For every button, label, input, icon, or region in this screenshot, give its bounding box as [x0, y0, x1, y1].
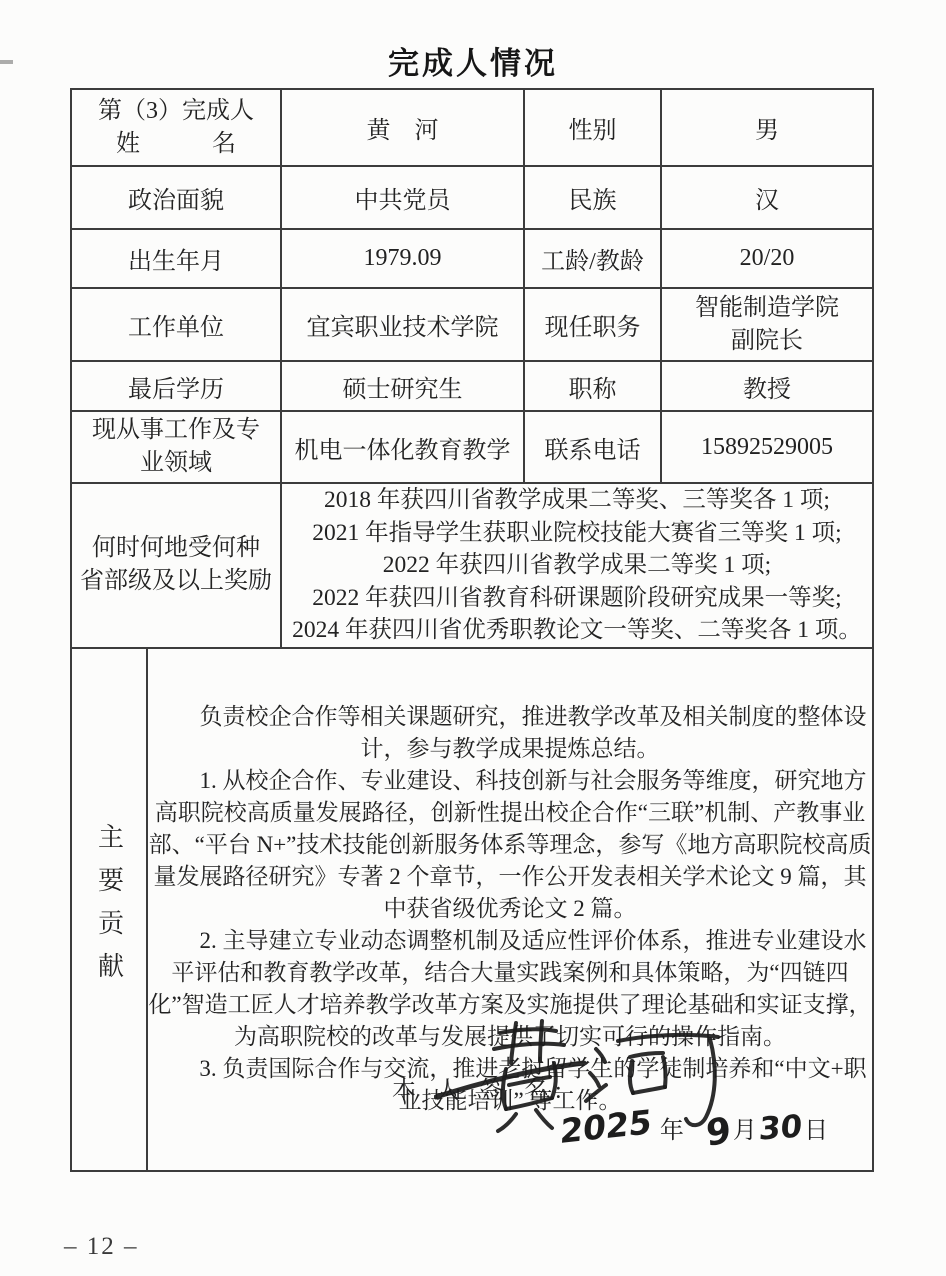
field-education-label: 最后学历 [71, 361, 281, 411]
table-row: 最后学历 硕士研究生 职称 教授 [71, 361, 873, 411]
field-phone-value: 15892529005 [661, 411, 873, 483]
signature-date-year: 2025 [559, 1101, 653, 1150]
field-seniority-value: 20/20 [661, 229, 873, 288]
signature-date-day: 30 [758, 1108, 804, 1147]
signature-date-month: 9 [705, 1109, 732, 1154]
field-birthdate-value: 1979.09 [281, 229, 524, 288]
document-page: 完成人情况 第（3）完成人 姓 名 黄 河 性别 男 政治面貌 中共党员 民族 … [0, 0, 946, 1276]
field-ethnicity-value: 汉 [661, 166, 873, 229]
page-title: 完成人情况 [0, 38, 946, 83]
field-awards-label: 何时何地受何种 省部级及以上奖励 [71, 483, 281, 648]
field-phone-label: 联系电话 [524, 411, 661, 483]
field-gender-label: 性别 [524, 89, 661, 166]
field-position-value: 智能制造学院 副院长 [661, 288, 873, 361]
field-position-label: 现任职务 [524, 288, 661, 361]
table-row: 工作单位 宜宾职业技术学院 现任职务 智能制造学院 副院长 [71, 288, 873, 361]
table-row: 出生年月 1979.09 工龄/教龄 20/20 [71, 229, 873, 288]
field-gender-value: 男 [661, 89, 873, 166]
field-education-value: 硕士研究生 [281, 361, 524, 411]
field-work-area-value: 机电一体化教育教学 [281, 411, 524, 483]
award-line: 2022 年获四川省教育科研课题阶段研究成果一等奖; [282, 582, 872, 615]
contribution-row: 主要贡献 负责校企合作等相关课题研究，推进教学改革及相关制度的整体设计，参与教学… [71, 648, 873, 1171]
field-awards-value: 2018 年获四川省教学成果二等奖、三等奖各 1 项; 2021 年指导学生获职… [281, 483, 873, 648]
table-row: 政治面貌 中共党员 民族 汉 [71, 166, 873, 229]
field-contribution-value: 负责校企合作等相关课题研究，推进教学改革及相关制度的整体设计，参与教学成果提炼总… [147, 648, 873, 1171]
signature-date-month-unit: 月 [733, 1118, 757, 1144]
signature-date-year-unit: 年 [660, 1118, 684, 1144]
page-number: – 12 – [64, 1233, 139, 1261]
field-name-value: 黄 河 [281, 89, 524, 166]
field-name-label: 第（3）完成人 姓 名 [71, 89, 281, 166]
field-contribution-label: 主要贡献 [91, 823, 128, 995]
field-title-label: 职称 [524, 361, 661, 411]
contribution-paragraph: 负责校企合作等相关课题研究，推进教学改革及相关制度的整体设计，参与教学成果提炼总… [148, 701, 872, 765]
field-seniority-label: 工龄/教龄 [524, 229, 661, 288]
table-row: 第（3）完成人 姓 名 黄 河 性别 男 [71, 89, 873, 166]
field-ethnicity-label: 民族 [524, 166, 661, 229]
field-political-label: 政治面貌 [71, 166, 281, 229]
field-title-value: 教授 [661, 361, 873, 411]
signature-date-day-unit: 日 [804, 1118, 828, 1144]
award-line: 2021 年指导学生获职业院校技能大赛省三等奖 1 项; [282, 517, 872, 550]
signature-label: 本 人 签 名: [392, 1070, 569, 1105]
award-line: 2024 年获四川省优秀职教论文一等奖、二等奖各 1 项。 [282, 614, 872, 647]
field-political-value: 中共党员 [281, 166, 524, 229]
completer-info-table: 第（3）完成人 姓 名 黄 河 性别 男 政治面貌 中共党员 民族 汉 出生年月… [70, 88, 874, 1172]
table-row: 现从事工作及专 业领域 机电一体化教育教学 联系电话 15892529005 [71, 411, 873, 483]
awards-row: 何时何地受何种 省部级及以上奖励 2018 年获四川省教学成果二等奖、三等奖各 … [71, 483, 873, 648]
contribution-paragraph: 2. 主导建立专业动态调整机制及适应性评价体系，推进专业建设水平评估和教育教学改… [148, 925, 872, 1053]
field-work-area-label: 现从事工作及专 业领域 [71, 411, 281, 483]
contribution-paragraph: 1. 从校企合作、专业建设、科技创新与社会服务等维度，研究地方高职院校高质量发展… [148, 765, 872, 925]
field-employer-value: 宜宾职业技术学院 [281, 288, 524, 361]
field-employer-label: 工作单位 [71, 288, 281, 361]
field-contribution-label-cell: 主要贡献 [71, 648, 147, 1171]
signature-date: 2025年9月30日 [560, 1107, 828, 1153]
award-line: 2018 年获四川省教学成果二等奖、三等奖各 1 项; [282, 484, 872, 517]
award-line: 2022 年获四川省教学成果二等奖 1 项; [282, 549, 872, 582]
field-birthdate-label: 出生年月 [71, 229, 281, 288]
